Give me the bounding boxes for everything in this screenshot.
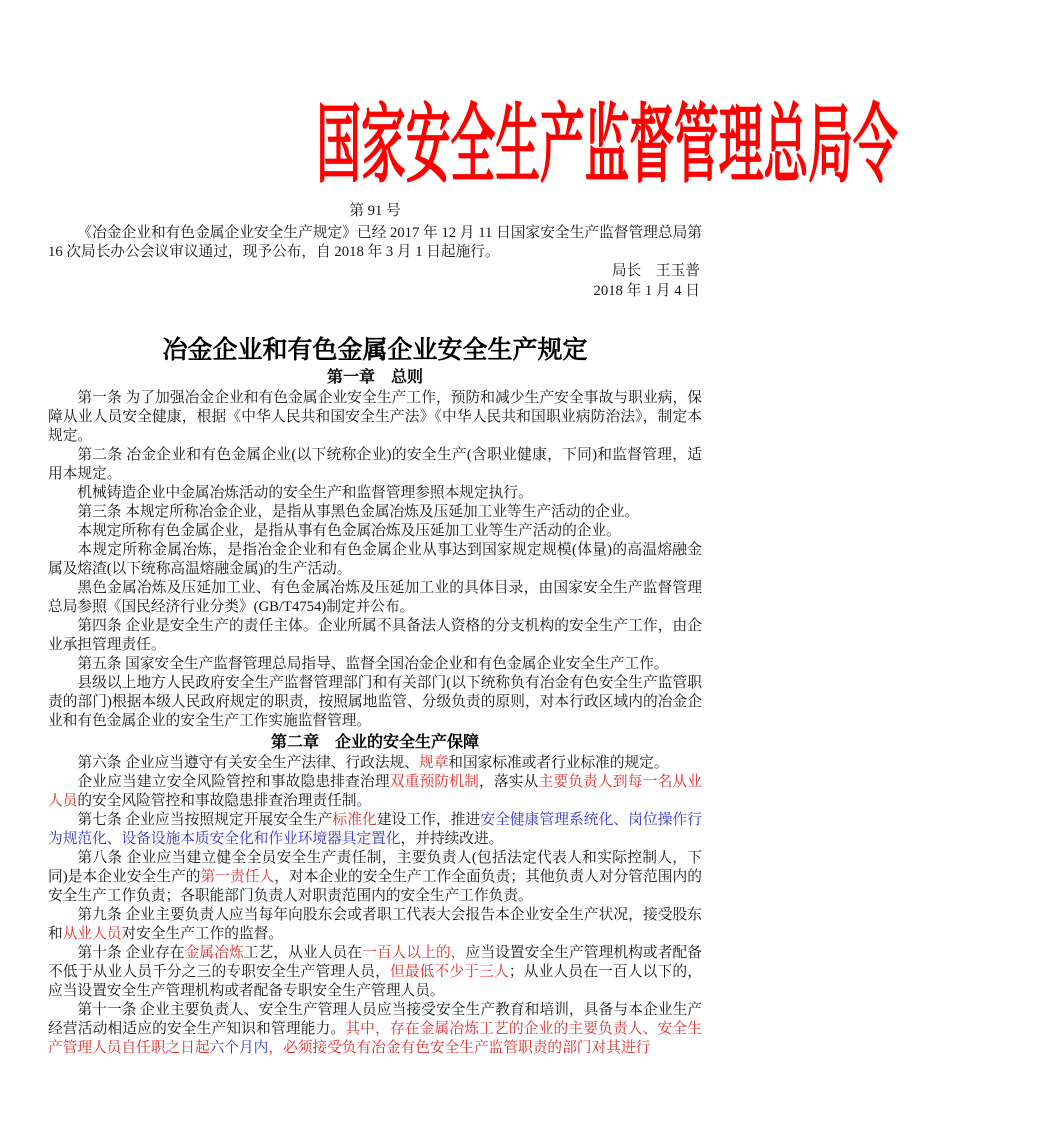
paragraph: 第五条 国家安全生产监督管理总局指导、监督全国冶金企业和有色金属企业安全生产工作… bbox=[48, 655, 702, 674]
highlighted-text: 第一责任人 bbox=[200, 869, 274, 885]
highlighted-text: 六个月内 bbox=[210, 1040, 269, 1056]
highlighted-text: 金属冶炼 bbox=[185, 945, 244, 961]
paragraph: 本规定所称金属冶炼，是指冶金企业和有色金属企业从事达到国家规定规模(体量)的高温… bbox=[48, 541, 702, 579]
highlighted-text: 一百人以上的， bbox=[362, 945, 465, 961]
body-text: 第一条 为了加强冶金企业和有色金属企业安全生产工作，预防和减少生产安全事故与职业… bbox=[48, 390, 702, 444]
paragraph: 第十条 企业存在金属冶炼工艺，从业人员在一百人以上的，应当设置安全生产管理机构或… bbox=[48, 944, 702, 1001]
body-text: 本规定所称有色金属企业，是指从事有色金属冶炼及压延加工业等生产活动的企业。 bbox=[77, 523, 620, 539]
announcement-paragraph: 《冶金企业和有色金属企业安全生产规定》已经 2017 年 12 月 11 日国家… bbox=[48, 224, 702, 262]
body-text: 黑色金属冶炼及压延加工业、有色金属冶炼及压延加工业的具体目录，由国家安全生产监督… bbox=[48, 580, 702, 615]
body-text: 第七条 企业应当按照规定开展安全生产 bbox=[77, 812, 332, 828]
paragraph: 县级以上地方人民政府安全生产监督管理部门和有关部门(以下统称负有冶金有色安全生产… bbox=[48, 674, 702, 731]
paragraph: 第十一条 企业主要负责人、安全生产管理人员应当接受安全生产教育和培训，具备与本企… bbox=[48, 1001, 702, 1058]
masthead: 国家安全生产监督管理总局令 bbox=[48, 100, 702, 190]
highlighted-text: 标准化 bbox=[332, 812, 376, 828]
body-text: 第三条 本规定所称冶金企业，是指从事黑色金属冶炼及压延加工业等生产活动的企业。 bbox=[77, 504, 639, 520]
body-text: 和国家标准或者行业标准的规定。 bbox=[448, 755, 668, 771]
body-text: 第五条 国家安全生产监督管理总局指导、监督全国冶金企业和有色金属企业安全生产工作… bbox=[77, 656, 668, 672]
paragraph: 第一条 为了加强冶金企业和有色金属企业安全生产工作，预防和减少生产安全事故与职业… bbox=[48, 389, 702, 446]
paragraph: 第四条 企业是安全生产的责任主体。企业所属不具备法人资格的分支机构的安全生产工作… bbox=[48, 617, 702, 655]
document-page: { "colors": { "masthead_red": "#ff0000",… bbox=[0, 0, 1054, 1122]
paragraph: 第二条 冶金企业和有色金属企业(以下统称企业)的安全生产(含职业健康，下同)和监… bbox=[48, 446, 702, 484]
body-text: 县级以上地方人民政府安全生产监督管理部门和有关部门(以下统称负有冶金有色安全生产… bbox=[48, 675, 702, 729]
body-text: 第十条 企业存在 bbox=[77, 945, 184, 961]
date-line: 2018 年 1 月 4 日 bbox=[48, 282, 702, 302]
highlighted-text: 双重预防机制 bbox=[390, 774, 479, 790]
document-column: 国家安全生产监督管理总局令 第 91 号 《冶金企业和有色金属企业安全生产规定》… bbox=[48, 0, 702, 1058]
body-text: 企业应当建立安全风险管控和事故隐患排查治理 bbox=[77, 774, 389, 790]
body-text: 机械铸造企业中金属冶炼活动的安全生产和监督管理参照本规定执行。 bbox=[77, 485, 532, 501]
highlighted-text: ，必须接受负有冶金有色安全生产监管职责的部门对其进行 bbox=[268, 1040, 650, 1056]
masthead-title: 国家安全生产监督管理总局令 bbox=[316, 100, 897, 190]
paragraph: 黑色金属冶炼及压延加工业、有色金属冶炼及压延加工业的具体目录，由国家安全生产监督… bbox=[48, 579, 702, 617]
paragraph: 第七条 企业应当按照规定开展安全生产标准化建设工作，推进安全健康管理系统化、岗位… bbox=[48, 811, 702, 849]
paragraph: 第八条 企业应当建立健全全员安全生产责任制，主要负责人(包括法定代表人和实际控制… bbox=[48, 849, 702, 906]
body-text: 第四条 企业是安全生产的责任主体。企业所属不具备法人资格的分支机构的安全生产工作… bbox=[48, 618, 702, 653]
paragraph: 本规定所称有色金属企业，是指从事有色金属冶炼及压延加工业等生产活动的企业。 bbox=[48, 522, 702, 541]
paragraph: 第九条 企业主要负责人应当每年向股东会或者职工代表大会报告本企业安全生产状况，接… bbox=[48, 906, 702, 944]
order-number: 第 91 号 bbox=[48, 202, 702, 221]
body-text: 的安全风险管控和事故隐患排查治理责任制。 bbox=[77, 793, 371, 809]
paragraph: 企业应当建立安全风险管控和事故隐患排查治理双重预防机制，落实从主要负责人到每一名… bbox=[48, 773, 702, 811]
document-body: 第一章 总则第一条 为了加强冶金企业和有色金属企业安全生产工作，预防和减少生产安… bbox=[48, 367, 702, 1058]
body-text: 对安全生产工作的监督。 bbox=[121, 926, 283, 942]
highlighted-text: 从业人员 bbox=[63, 926, 122, 942]
signature-line: 局长 王玉普 bbox=[48, 262, 702, 282]
paragraph: 第三条 本规定所称冶金企业，是指从事黑色金属冶炼及压延加工业等生产活动的企业。 bbox=[48, 503, 702, 522]
body-text: 建设工作，推进 bbox=[377, 812, 480, 828]
highlighted-text: 规章 bbox=[419, 755, 448, 771]
body-text: 本规定所称金属冶炼，是指冶金企业和有色金属企业从事达到国家规定规模(体量)的高温… bbox=[48, 542, 702, 577]
highlighted-text: 但最低不少于三人 bbox=[390, 964, 509, 980]
chapter-heading: 第一章 总则 bbox=[48, 367, 702, 388]
body-text: 第六条 企业应当遵守有关安全生产法律、行政法规、 bbox=[77, 755, 419, 771]
chapter-heading: 第二章 企业的安全生产保障 bbox=[48, 732, 702, 753]
body-text: ，落实从 bbox=[479, 774, 539, 790]
paragraph: 第六条 企业应当遵守有关安全生产法律、行政法规、规章和国家标准或者行业标准的规定… bbox=[48, 754, 702, 773]
body-text: 第二条 冶金企业和有色金属企业(以下统称企业)的安全生产(含职业健康，下同)和监… bbox=[48, 447, 702, 482]
document-title: 冶金企业和有色金属企业安全生产规定 bbox=[48, 335, 702, 365]
body-text: 工艺，从业人员在 bbox=[244, 945, 362, 961]
body-text: ，并持续改进。 bbox=[401, 831, 504, 847]
paragraph: 机械铸造企业中金属冶炼活动的安全生产和监督管理参照本规定执行。 bbox=[48, 484, 702, 503]
